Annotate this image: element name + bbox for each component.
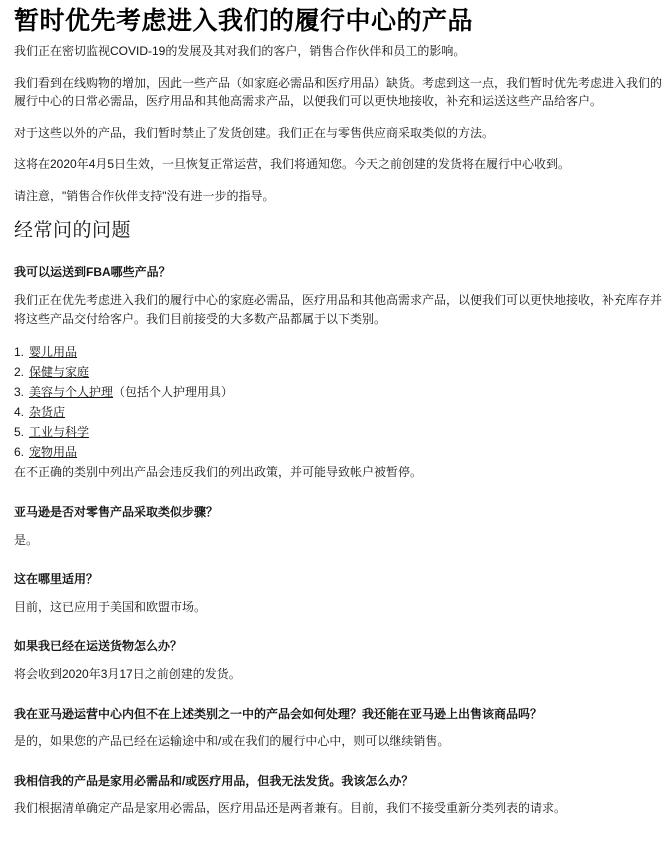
category-link-pet-supplies[interactable]: 宠物用品 [29, 445, 77, 459]
category-suffix: （包括个人护理用具） [113, 385, 233, 399]
faq-question: 亚马逊是否对零售产品采取类似步骤？ [14, 503, 662, 522]
faq-question: 如果我已经在运送货物怎么办？ [14, 637, 662, 656]
faq-question: 我可以运送到FBA哪些产品？ [14, 263, 662, 282]
faq-item-retail-similar-steps: 亚马逊是否对零售产品采取类似步骤？ 是。 [14, 503, 662, 549]
intro-paragraph: 请注意，"销售合作伙伴支持"没有进一步的指导。 [14, 187, 662, 206]
category-item: 6.宠物用品 [14, 442, 662, 462]
category-link-grocery[interactable]: 杂货店 [29, 405, 65, 419]
category-item: 4.杂货店 [14, 402, 662, 422]
help-article: 暂时优先考虑进入我们的履行中心的产品 我们正在密切监视COVID-19的发展及其… [0, 0, 672, 818]
faq-answer: 将会收到2020年3月17日之前创建的发货。 [14, 665, 662, 684]
intro-paragraph: 对于这些以外的产品，我们暂时禁止了发货创建。我们正在与零售供应商采取类似的方法。 [14, 124, 662, 143]
faq-answer: 我们正在优先考虑进入我们的履行中心的家庭必需品，医疗用品和其他高需求产品，以便我… [14, 291, 662, 328]
faq-item-already-shipping: 如果我已经在运送货物怎么办？ 将会收到2020年3月17日之前创建的发货。 [14, 637, 662, 683]
category-item: 3.美容与个人护理（包括个人护理用具） [14, 382, 662, 402]
intro-section: 我们正在密切监视COVID-19的发展及其对我们的客户，销售合作伙伴和员工的影响… [14, 42, 662, 206]
category-number: 2. [14, 365, 24, 379]
category-item: 2.保健与家庭 [14, 362, 662, 382]
intro-paragraph: 我们看到在线购物的增加，因此一些产品（如家庭必需品和医疗用品）缺货。考虑到这一点… [14, 74, 662, 111]
faq-question: 这在哪里适用？ [14, 570, 662, 589]
category-link-health-household[interactable]: 保健与家庭 [29, 365, 89, 379]
faq-item-shippable-products: 我可以运送到FBA哪些产品？ 我们正在优先考虑进入我们的履行中心的家庭必需品，医… [14, 263, 662, 482]
faq-question: 我在亚马逊运营中心内但不在上述类别之一中的产品会如何处理？我还能在亚马逊上出售该… [14, 705, 662, 724]
faq-answer: 我们根据清单确定产品是家用必需品，医疗用品还是两者兼有。目前，我们不接受重新分类… [14, 799, 662, 818]
faq-answer: 是。 [14, 531, 662, 550]
category-number: 4. [14, 405, 24, 419]
category-item: 1.婴儿用品 [14, 342, 662, 362]
faq-item-where-applies: 这在哪里适用？ 目前，这已应用于美国和欧盟市场。 [14, 570, 662, 616]
faq-heading: 经常问的问题 [14, 219, 662, 243]
category-link-baby[interactable]: 婴儿用品 [29, 345, 77, 359]
faq-answer: 是的，如果您的产品已经在运输途中和/或在我们的履行中心中，则可以继续销售。 [14, 732, 662, 751]
faq-item-existing-inventory: 我在亚马逊运营中心内但不在上述类别之一中的产品会如何处理？我还能在亚马逊上出售该… [14, 705, 662, 751]
category-number: 6. [14, 445, 24, 459]
category-number: 5. [14, 425, 24, 439]
page-title: 暂时优先考虑进入我们的履行中心的产品 [14, 6, 662, 36]
category-link-industrial-scientific[interactable]: 工业与科学 [29, 425, 89, 439]
category-policy-note: 在不正确的类别中列出产品会违反我们的列出政策，并可能导致帐户被暂停。 [14, 462, 662, 482]
intro-paragraph: 这将在2020年4月5日生效，一旦恢复正常运营，我们将通知您。今天之前创建的发货… [14, 155, 662, 174]
category-number: 3. [14, 385, 24, 399]
category-item: 5.工业与科学 [14, 422, 662, 442]
category-number: 1. [14, 345, 24, 359]
faq-answer: 目前，这已应用于美国和欧盟市场。 [14, 598, 662, 617]
category-list: 1.婴儿用品 2.保健与家庭 3.美容与个人护理（包括个人护理用具） 4.杂货店… [14, 342, 662, 462]
category-link-beauty-personal-care[interactable]: 美容与个人护理 [29, 385, 113, 399]
faq-question: 我相信我的产品是家用必需品和/或医疗用品，但我无法发货。我该怎么办？ [14, 772, 662, 791]
faq-item-cannot-ship: 我相信我的产品是家用必需品和/或医疗用品，但我无法发货。我该怎么办？ 我们根据清… [14, 772, 662, 818]
intro-paragraph: 我们正在密切监视COVID-19的发展及其对我们的客户，销售合作伙伴和员工的影响… [14, 42, 662, 61]
